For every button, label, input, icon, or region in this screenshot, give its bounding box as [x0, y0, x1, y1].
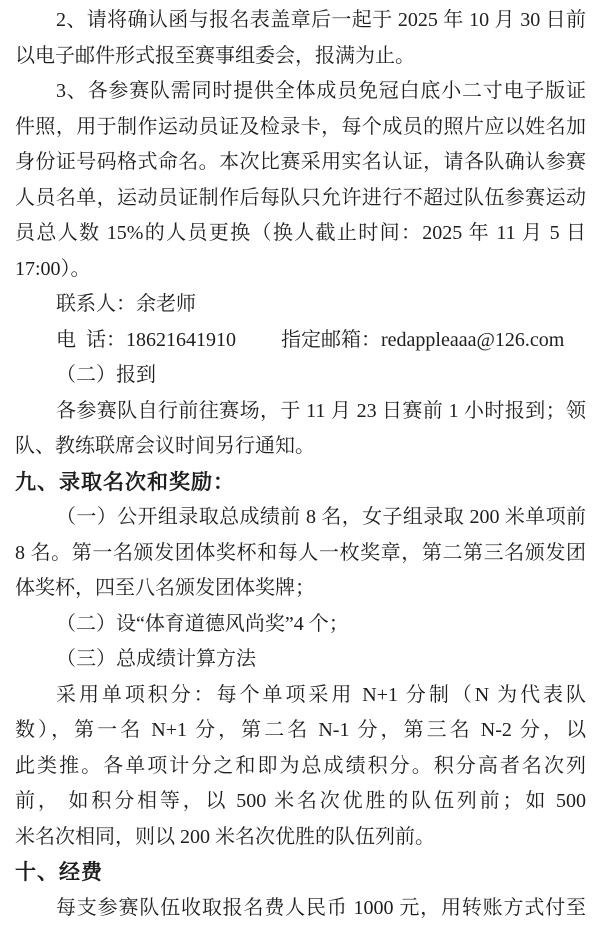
- text-line: 此类推。各单项计分之和即为总成绩积分。积分高者名次列: [15, 749, 586, 785]
- text-line: 米名次相同，则以 200 米名次优胜的队伍列前。: [15, 820, 586, 856]
- subsection-heading-scoring: （三）总成绩计算方法: [15, 642, 586, 678]
- text-line: 身份证号码格式命名。本次比赛采用实名认证，请各队确认参赛: [15, 145, 586, 181]
- text-line: 每支参赛队伍收取报名费人民币 1000 元，用转账方式付至: [15, 891, 586, 927]
- text-line: 人员名单，运动员证制作后每队只允许进行不超过队伍参赛运动: [15, 181, 586, 217]
- text-line: 17:00）。: [15, 252, 586, 288]
- text-line: 采用单项积分：每个单项采用 N+1 分制（N 为代表队: [15, 678, 586, 714]
- text-line: 队、教练联席会议时间另行通知。: [15, 429, 586, 465]
- contact-phone-email-line: 电 话：18621641910 指定邮箱：redappleaaa@126.com: [15, 323, 586, 359]
- text-line: 各参赛队自行前往赛场，于 11 月 23 日赛前 1 小时报到；领: [15, 394, 586, 430]
- contact-person-line: 联系人：余老师: [15, 287, 586, 323]
- subsection-heading-checkin: （二）报到: [15, 358, 586, 394]
- heading-section-9: 九、录取名次和奖励：: [15, 465, 586, 501]
- text-line: 件照，用于制作运动员证及检录卡，每个成员的照片应以姓名加: [15, 110, 586, 146]
- text-line: 体奖杯，四至八名颁发团体奖牌；: [15, 571, 586, 607]
- text-line: 以电子邮件形式报至赛事组委会，报满为止。: [15, 39, 586, 75]
- text-line: 2、请将确认函与报名表盖章后一起于 2025 年 10 月 30 日前: [15, 3, 586, 39]
- text-line: （一）公开组录取总成绩前 8 名，女子组录取 200 米单项前: [15, 500, 586, 536]
- text-line: 前， 如积分相等，以 500 米名次优胜的队伍列前；如 500: [15, 784, 586, 820]
- text-line: 员总人数 15%的人员更换（换人截止时间：2025 年 11 月 5 日: [15, 216, 586, 252]
- text-line: （二）设“体育道德风尚奖”4 个；: [15, 607, 586, 643]
- text-line: 3、各参赛队需同时提供全体成员免冠白底小二寸电子版证: [15, 74, 586, 110]
- scanned-document-page: 2、请将确认函与报名表盖章后一起于 2025 年 10 月 30 日前 以电子邮…: [0, 0, 600, 927]
- text-line: 数），第一名 N+1 分，第二名 N-1 分，第三名 N-2 分，以: [15, 713, 586, 749]
- heading-section-10: 十、经费: [15, 855, 586, 891]
- text-line: 8 名。第一名颁发团体奖杯和每人一枚奖章，第二第三名颁发团: [15, 536, 586, 572]
